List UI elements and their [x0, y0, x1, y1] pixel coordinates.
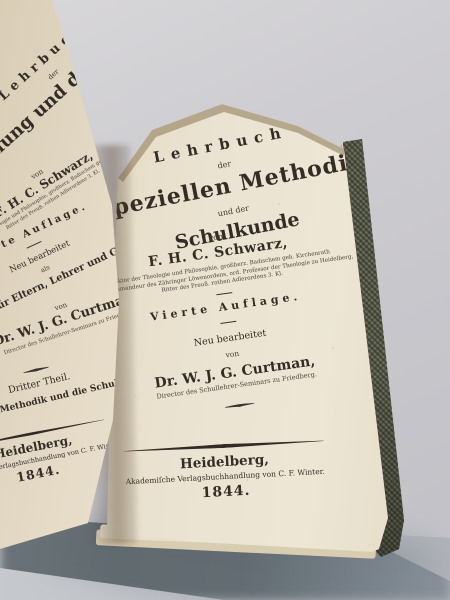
ornament-rule	[224, 402, 254, 409]
book-photograph: Lehrbuch der ſpeziellen Methodik und der…	[0, 0, 450, 600]
divider-rule	[220, 320, 236, 323]
ornament-rule	[23, 366, 49, 375]
divider-rule	[216, 292, 232, 295]
divider-rule	[26, 241, 41, 249]
